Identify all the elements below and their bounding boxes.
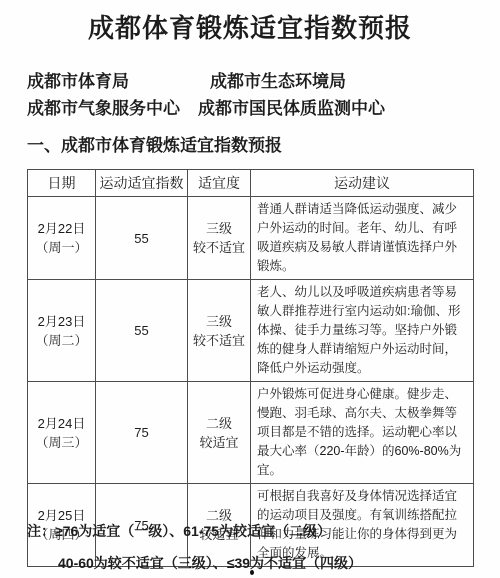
index-cell: 55 [96,197,188,280]
header-date: 日期 [28,170,96,197]
index-cell: 55 [96,280,188,382]
date-cell: 2月24日 （周三） [28,382,96,484]
date-text: 2月23日 [28,312,95,331]
org-line-2: 成都市气象服务中心 成都市国民体质监测中心 [27,95,500,122]
weekday-text: （周一） [28,238,95,257]
forecast-table: 日期 运动适宜指数 适宜度 运动建议 2月22日 （周一） 55 三级 较不适宜… [27,169,474,567]
advice-cell: 普通人群请适当降低运动强度、减少户外运动的时间。老年、幼儿、有呼吸道疾病及易敏人… [251,197,474,280]
footnotes: 注：≥76为适宜（一级）、61-75为较适宜（二级） 40-60为较不适宜（三级… [27,522,362,572]
note-line-2: 40-60为较不适宜（三级）、≤39为不适宜（四级） [58,554,362,572]
suitability-cell: 二级 较适宜 [188,382,251,484]
cursor-dot [250,570,254,575]
suitability-text: 较适宜 [188,433,250,452]
organization-block: 成都市体育局 成都市生态环境局 成都市气象服务中心 成都市国民体质监测中心 [27,68,500,122]
org-line-1: 成都市体育局 成都市生态环境局 [27,68,500,95]
date-cell: 2月22日 （周一） [28,197,96,280]
table-row: 2月22日 （周一） 55 三级 较不适宜 普通人群请适当降低运动强度、减少户外… [28,197,474,280]
suitability-cell: 三级 较不适宜 [188,197,251,280]
weekday-text: （周三） [28,433,95,452]
level-text: 三级 [188,312,250,331]
table-header-row: 日期 运动适宜指数 适宜度 运动建议 [28,170,474,197]
note-line-1: 注：≥76为适宜（一级）、61-75为较适宜（二级） [27,522,362,540]
table-row: 2月24日 （周三） 75 二级 较适宜 户外锻炼可促进身心健康。健步走、慢跑、… [28,382,474,484]
document-page: 成都体育锻炼适宜指数预报 成都市体育局 成都市生态环境局 成都市气象服务中心 成… [0,0,500,578]
index-cell: 75 [96,382,188,484]
header-advice: 运动建议 [251,170,474,197]
page-title: 成都体育锻炼适宜指数预报 [0,0,500,44]
org-sports-bureau: 成都市体育局 [27,68,210,95]
header-suitability: 适宜度 [188,170,251,197]
suitability-text: 较不适宜 [188,238,250,257]
suitability-text: 较不适宜 [188,331,250,350]
weekday-text: （周二） [28,331,95,350]
header-index: 运动适宜指数 [96,170,188,197]
section-heading: 一、成都市体育锻炼适宜指数预报 [27,135,500,157]
table-row: 2月23日 （周二） 55 三级 较不适宜 老人、幼儿以及呼吸道疾病患者等易敏人… [28,280,474,382]
org-fitness-monitoring-center: 成都市国民体质监测中心 [198,95,385,122]
date-cell: 2月23日 （周二） [28,280,96,382]
org-eco-environment-bureau: 成都市生态环境局 [210,68,346,95]
advice-cell: 户外锻炼可促进身心健康。健步走、慢跑、羽毛球、高尔夫、太极拳舞等项目都是不错的选… [251,382,474,484]
date-text: 2月24日 [28,414,95,433]
suitability-cell: 三级 较不适宜 [188,280,251,382]
level-text: 二级 [188,414,250,433]
level-text: 三级 [188,219,250,238]
org-weather-service-center: 成都市气象服务中心 [27,95,198,122]
date-text: 2月22日 [28,219,95,238]
advice-cell: 老人、幼儿以及呼吸道疾病患者等易敏人群推荐进行室内运动如:瑜伽、形体操、徒手力量… [251,280,474,382]
